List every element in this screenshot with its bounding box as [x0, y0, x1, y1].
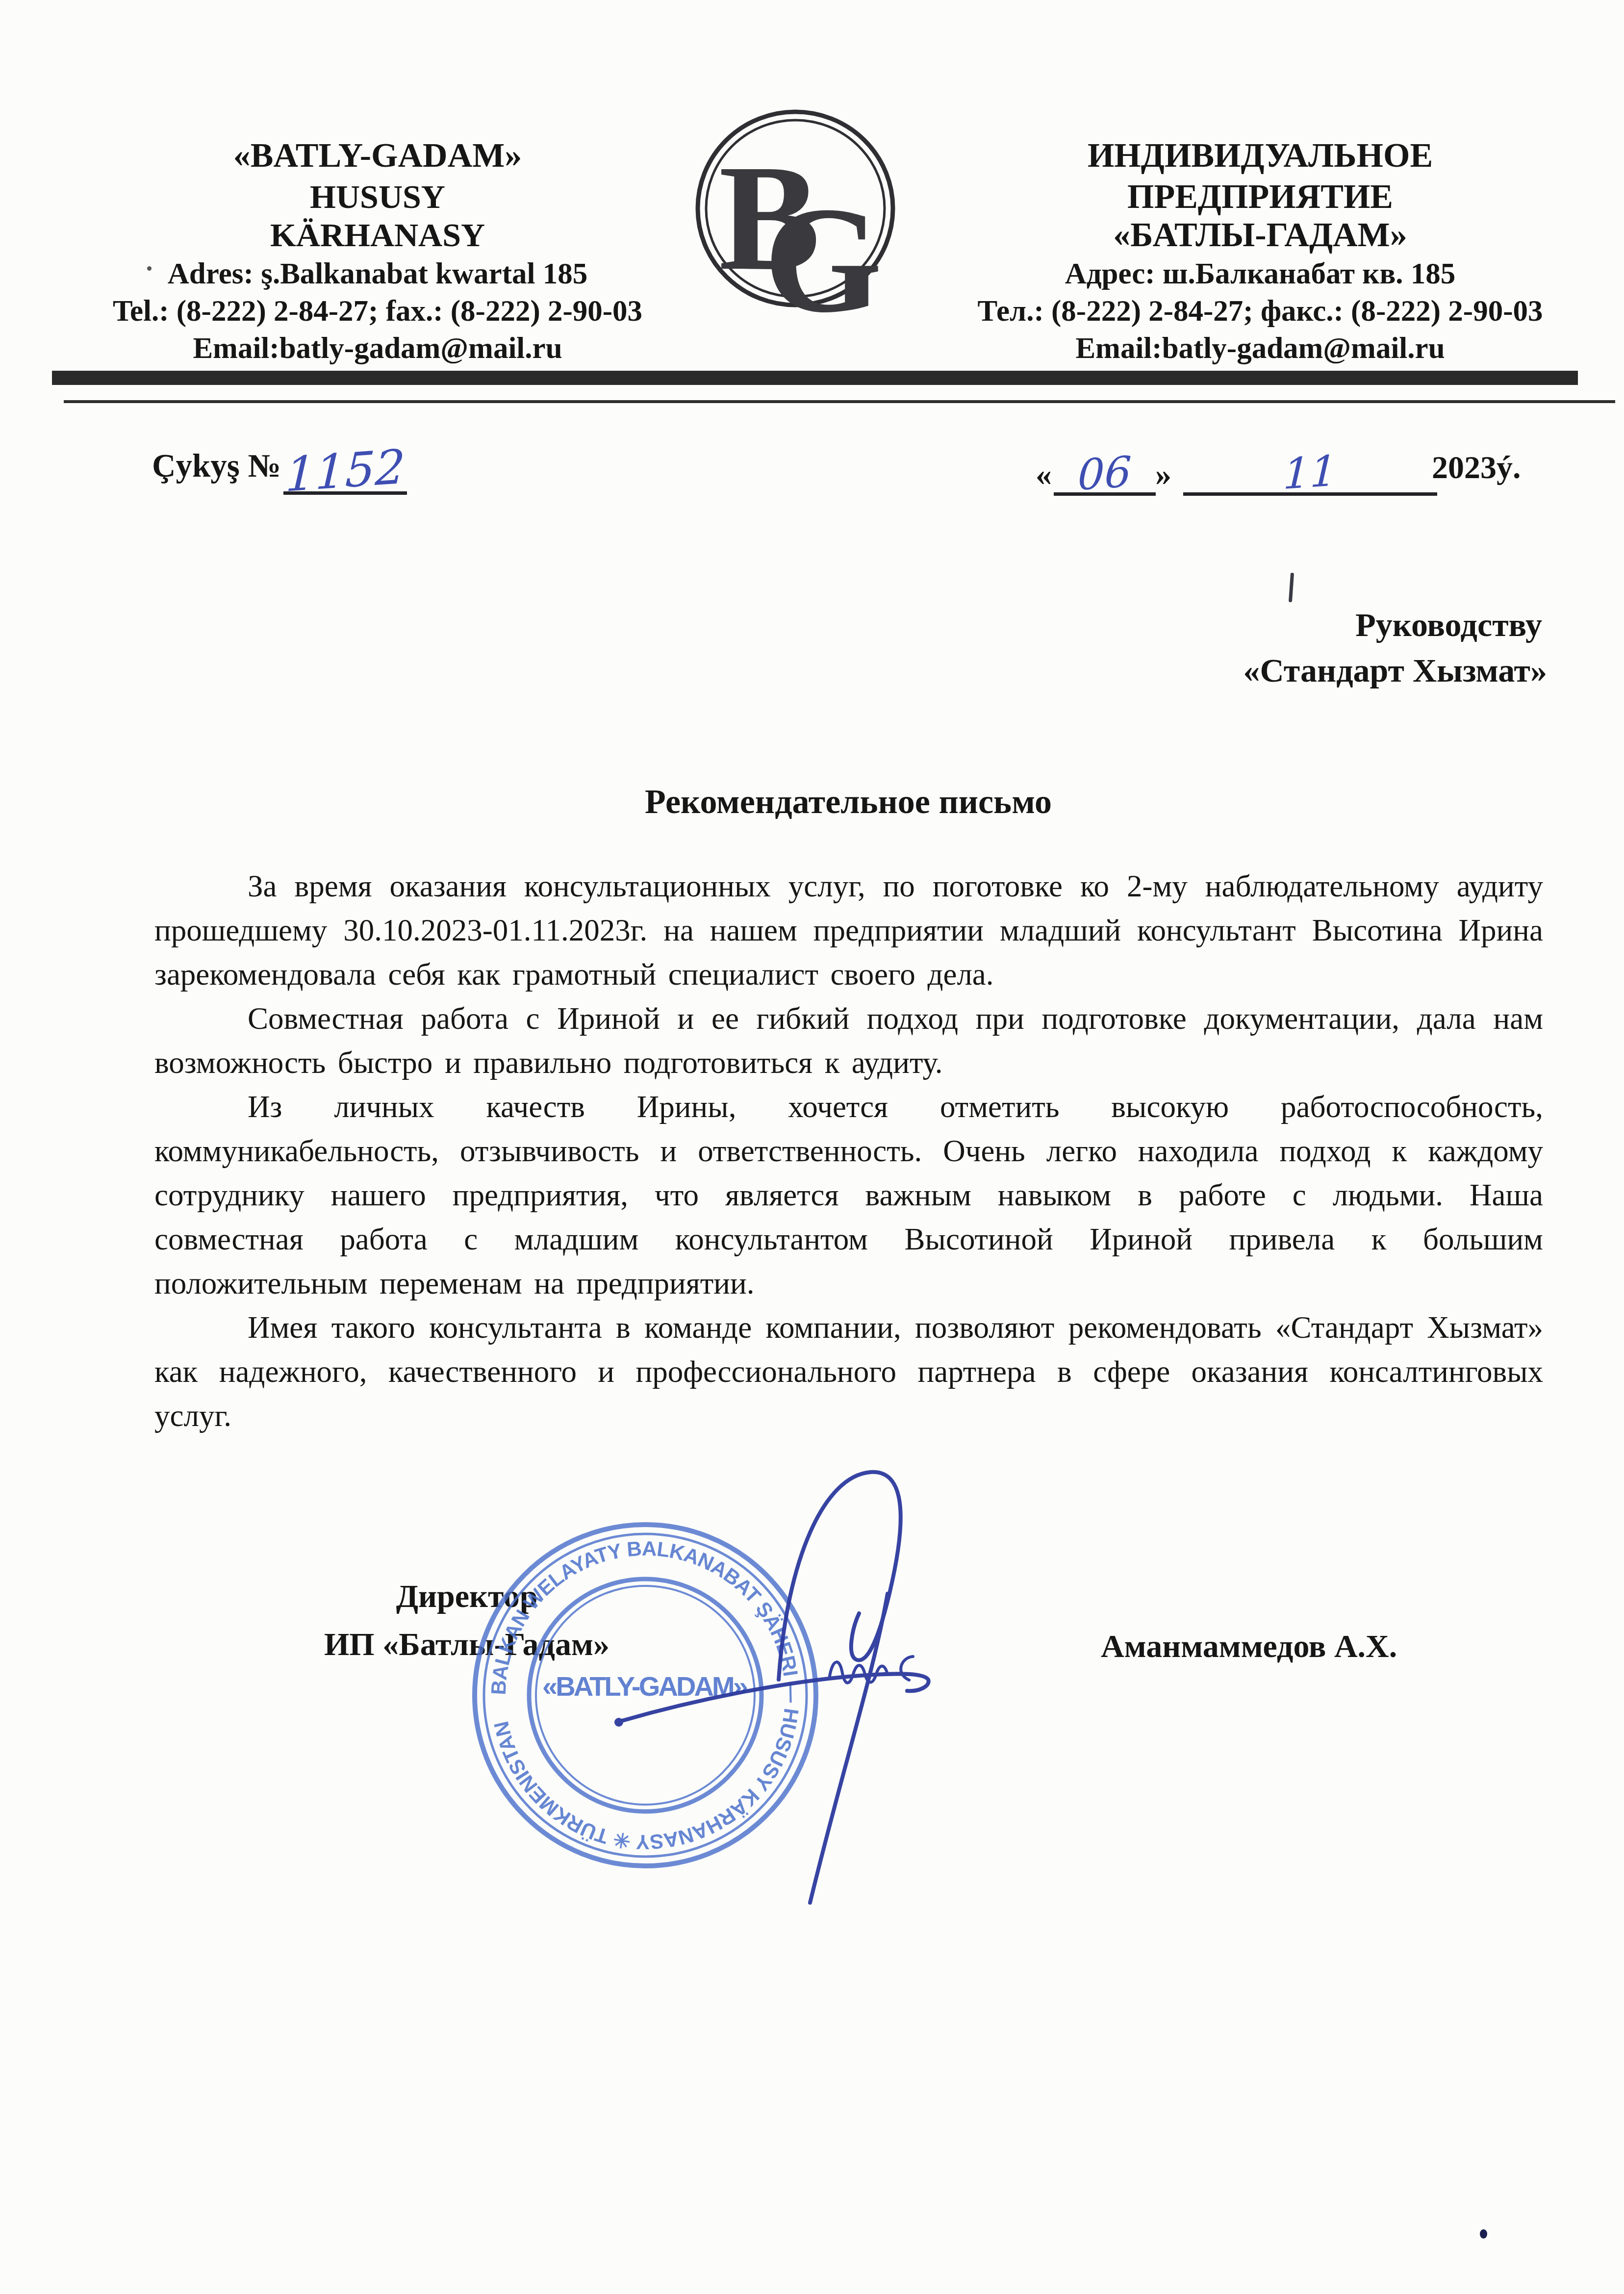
signature-ink	[564, 1461, 1079, 1927]
letter-body: За время оказания консультационных услуг…	[154, 864, 1543, 1438]
body-paragraph-4: Имея такого консультанта в команде компа…	[154, 1305, 1543, 1438]
addressee-line1: Руководству	[1118, 606, 1542, 644]
signature-pen-dot	[614, 1718, 623, 1727]
date-year: 2023ý.	[1432, 449, 1521, 486]
scan-artifact-speck	[147, 266, 152, 271]
date-close-quote: »	[1155, 456, 1171, 493]
scan-artifact-dot	[1480, 2229, 1487, 2239]
signature-loop-stroke	[779, 1472, 901, 1680]
reference-label: Çykyş №	[152, 447, 281, 485]
letterhead-left-line2: HUSUSY	[44, 178, 711, 216]
letterhead-right-phone: Тел.: (8-222) 2-84-27; факс.: (8-222) 2-…	[902, 294, 1618, 329]
company-logo: B G	[686, 103, 907, 324]
scan-artifact-tick	[1289, 573, 1294, 602]
header-divider-thick	[52, 371, 1578, 385]
letterhead-right-company-name: «БАТЛЫ-ГАДАМ»	[902, 216, 1618, 255]
letter-title: Рекомендательное письмо	[154, 783, 1542, 822]
body-paragraph-1: За время оказания консультационных услуг…	[154, 864, 1543, 996]
letterhead-right-company-type2: ПРЕДПРИЯТИЕ	[902, 178, 1618, 217]
addressee-line2: «Стандарт Хызмат»	[1118, 651, 1547, 690]
date-open-quote: «	[1036, 456, 1052, 493]
reference-number-field: 1152	[283, 432, 407, 495]
letterhead-left-line3: KÄRHANASY	[44, 216, 711, 255]
letterhead-right-company-type1: ИНДИВИДУАЛЬНОЕ	[902, 136, 1618, 176]
letterhead-right-email: Email:batly-gadam@mail.ru	[902, 331, 1618, 366]
signatory-name: Аманмаммедов А.Х.	[1101, 1628, 1542, 1665]
body-paragraph-2: Совместная работа с Ириной и ее гибкий п…	[154, 996, 1543, 1085]
date-day-field: 06	[1054, 432, 1156, 496]
logo-letter-g: G	[764, 176, 882, 324]
scanned-letter-page: «BATLY-GADAM» HUSUSY KÄRHANASY Adres: ş.…	[0, 0, 1624, 2294]
signature-flourish-stroke	[620, 1674, 929, 1721]
letterhead-right-address: Адрес: ш.Балканабат кв. 185	[902, 257, 1618, 291]
signature-hook-stroke	[901, 1657, 913, 1680]
letterhead-left-address: Adres: ş.Balkanabat kwartal 185	[44, 257, 711, 291]
letterhead-left-company-name: «BATLY-GADAM»	[44, 136, 711, 176]
body-paragraph-3: Из личных качеств Ирины, хочется отметит…	[154, 1085, 1543, 1305]
date-month-handwritten: 11	[1283, 446, 1338, 499]
date-month-field: 11	[1183, 432, 1437, 496]
letterhead-left-phone: Tel.: (8-222) 2-84-27; fax.: (8-222) 2-9…	[44, 294, 711, 329]
reference-number-handwritten: 1152	[284, 439, 406, 503]
header-divider-thin	[64, 400, 1615, 403]
date-day-handwritten: 06	[1077, 447, 1133, 500]
letterhead-left-email: Email:batly-gadam@mail.ru	[44, 331, 711, 366]
